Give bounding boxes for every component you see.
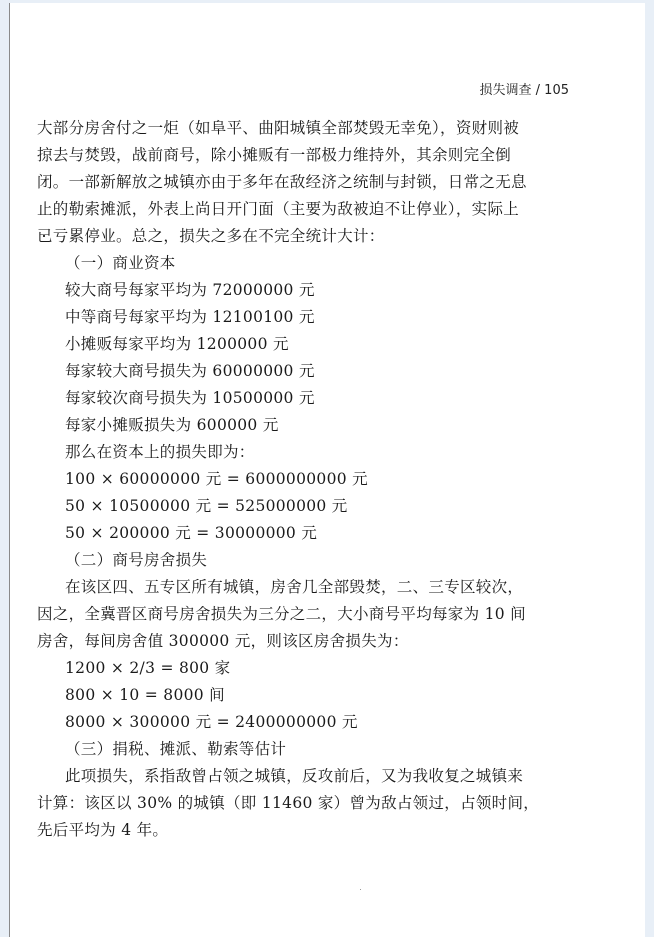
paragraph-line: 闭。一部新解放之城镇亦由于多年在敌经济之统制与封锁，日常之无息 xyxy=(37,172,527,192)
paragraph-line: 此项损失，系指敌曾占领之城镇，反攻前后，又为我收复之城镇来 xyxy=(65,766,523,786)
section-heading: （一）商业资本 xyxy=(65,253,176,273)
data-line: 较大商号每家平均为 72000000 元 xyxy=(65,280,315,300)
scan-speck xyxy=(360,889,361,890)
section-heading: （二）商号房舍损失 xyxy=(65,550,207,570)
paragraph-line: 已亏累停业。总之，损失之多在不完全统计大计： xyxy=(37,226,385,246)
data-line: 中等商号每家平均为 12100100 元 xyxy=(65,307,315,327)
paragraph-line: 因之，全冀晋区商号房舍损失为三分之二，大小商号平均每家为 10 间 xyxy=(37,604,526,624)
paragraph-line: 在该区四、五专区所有城镇，房舍几全部毁焚，二、三专区较次， xyxy=(65,577,523,597)
data-line: 那么在资本上的损失即为： xyxy=(65,442,255,462)
section-heading: （三）捐税、摊派、勒索等估计 xyxy=(65,739,286,759)
equation-line: 8000 × 300000 元 = 2400000000 元 xyxy=(65,712,358,732)
paragraph-line: 先后平均为 4 年。 xyxy=(37,820,168,840)
data-line: 每家小摊贩损失为 600000 元 xyxy=(65,415,279,435)
document-page: 损失调查 / 105 大部分房舍付之一炬（如阜平、曲阳城镇全部焚毁无幸免），资财… xyxy=(9,3,645,937)
data-line: 每家较大商号损失为 60000000 元 xyxy=(65,361,315,381)
paragraph-line: 大部分房舍付之一炬（如阜平、曲阳城镇全部焚毁无幸免），资财则被 xyxy=(37,118,519,138)
paragraph-line: 掠去与焚毁，战前商号，除小摊贩有一部极力维持外，其余则完全倒 xyxy=(37,145,511,165)
equation-line: 800 × 10 = 8000 间 xyxy=(65,685,225,705)
paragraph-line: 止的勒索摊派，外表上尚日开门面（主要为敌被迫不让停业），实际上 xyxy=(37,199,519,219)
paragraph-line: 计算：该区以 30% 的城镇（即 11460 家）曾为敌占领过，占领时间， xyxy=(37,793,539,813)
data-line: 每家较次商号损失为 10500000 元 xyxy=(65,388,315,408)
equation-line: 1200 × 2/3 = 800 家 xyxy=(65,658,231,678)
equation-line: 50 × 200000 元 = 30000000 元 xyxy=(65,523,317,543)
equation-line: 100 × 60000000 元 = 6000000000 元 xyxy=(65,469,368,489)
data-line: 小摊贩每家平均为 1200000 元 xyxy=(65,334,289,354)
equation-line: 50 × 10500000 元 = 525000000 元 xyxy=(65,496,348,516)
paragraph-line: 房舍，每间房舍值 300000 元，则该区房舍损失为： xyxy=(37,631,409,651)
running-header: 损失调查 / 105 xyxy=(480,79,569,98)
scan-speck xyxy=(43,235,45,237)
